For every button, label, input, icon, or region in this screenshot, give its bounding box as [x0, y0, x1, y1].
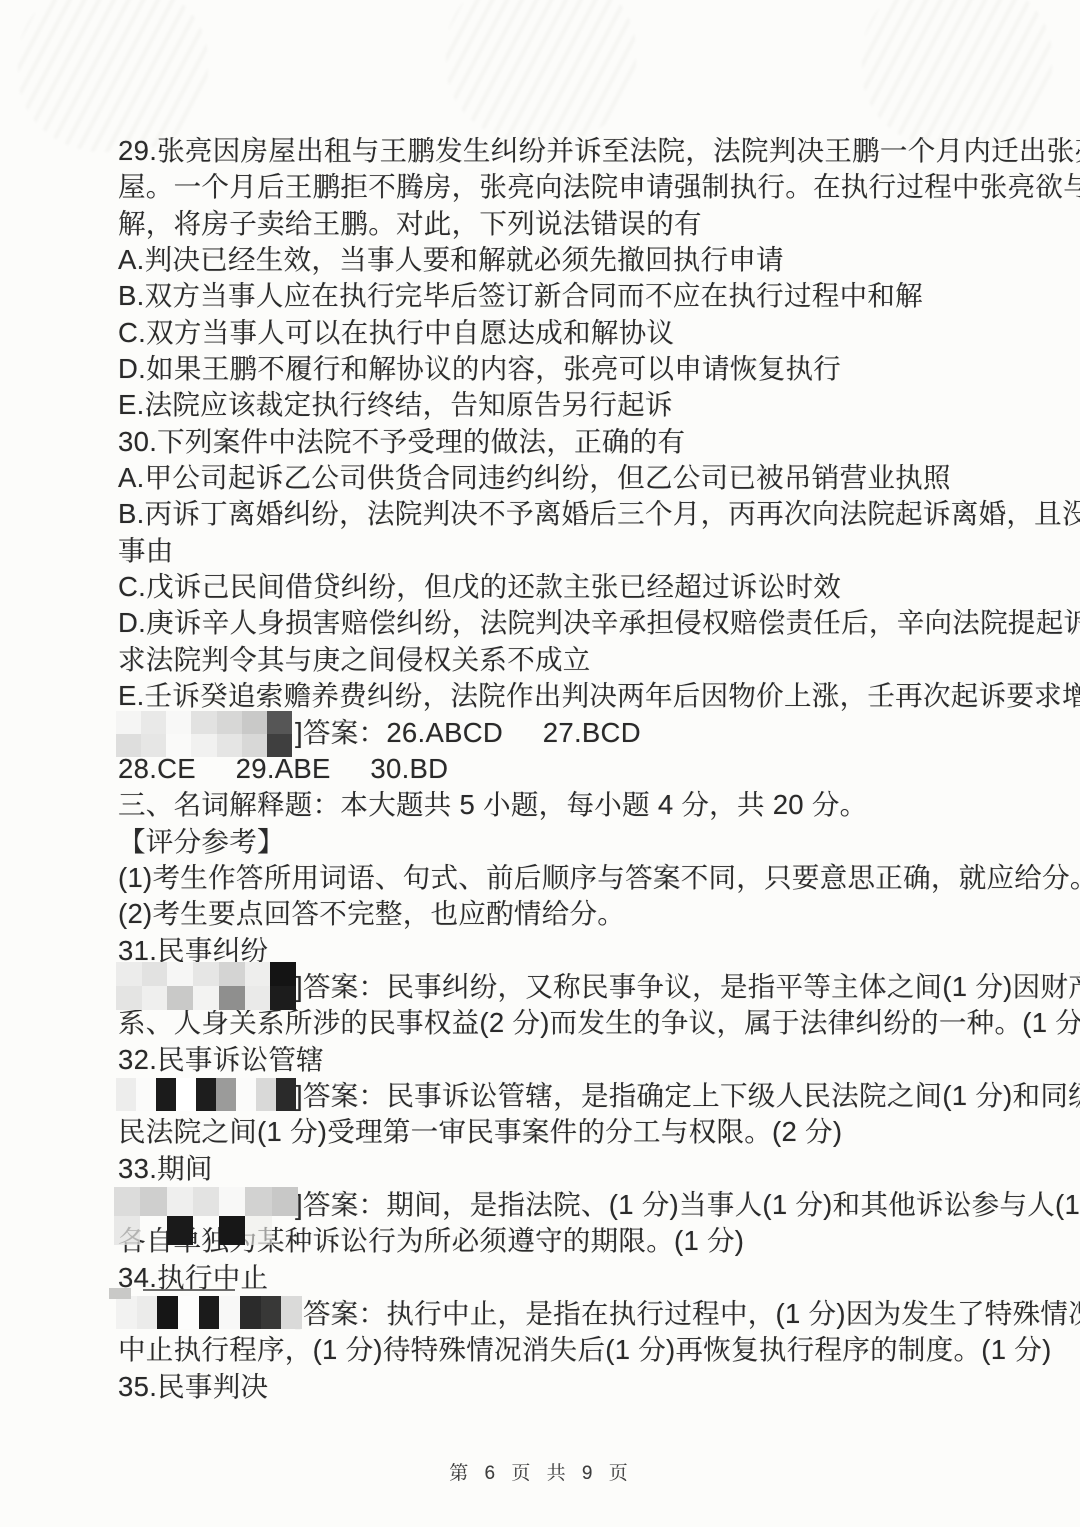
text-line: 民法院之间(1 分)受理第一审民事案件的分工与权限。(2 分)	[118, 1114, 963, 1150]
line-text: 屋。一个月后王鹏拒不腾房，张亮向法院申请强制执行。在执行过程中张亮欲与王鹏和	[118, 171, 1080, 202]
text-line: D.庚诉辛人身损害赔偿纠纷，法院判决辛承担侵权赔偿责任后，辛向法院提起诉讼，请	[118, 605, 963, 641]
text-line: 求法院判令其与庚之间侵权关系不成立	[118, 642, 963, 678]
line-text: D.如果王鹏不履行和解协议的内容，张亮可以申请恢复执行	[118, 353, 841, 384]
text-line: 35.民事判决	[118, 1369, 963, 1405]
text-line: E.法院应该裁定执行终结，告知原告另行起诉	[118, 387, 963, 423]
text-line: 33.期间	[118, 1151, 963, 1187]
text-line: (2)考生要点回答不完整，也应酌情给分。	[118, 896, 963, 932]
text-line: B.双方当事人应在执行完毕后签订新合同而不应在执行过程中和解	[118, 278, 963, 314]
text-line: 【评分参考】	[118, 824, 963, 860]
text-line: 32.民事诉讼管辖	[118, 1042, 963, 1078]
line-text: 求法院判令其与庚之间侵权关系不成立	[118, 644, 591, 675]
line-text: A.判决已经生效，当事人要和解就必须先撤回执行申请	[118, 244, 784, 275]
text-line: 系、人身关系所涉的民事权益(2 分)而发生的争议，属于法律纠纷的一种。(1 分)	[118, 1005, 963, 1041]
redaction-mosaic	[109, 1288, 131, 1299]
redaction-mosaic	[114, 1187, 298, 1245]
line-text: B.双方当事人应在执行完毕后签订新合同而不应在执行过程中和解	[118, 280, 923, 311]
line-text: 系、人身关系所涉的民事权益(2 分)而发生的争议，属于法律纠纷的一种。(1 分)	[118, 1007, 1080, 1038]
watermark	[862, 0, 1052, 148]
text-line: C.双方当事人可以在执行中自愿达成和解协议	[118, 315, 963, 351]
line-text: 32.民事诉讼管辖	[118, 1044, 324, 1075]
line-text: ]答案：期间，是指法院、(1 分)当事人(1 分)和其他诉讼参与人(1 分)	[295, 1189, 1080, 1220]
text-line: (1)考生作答所用词语、句式、前后顺序与答案不同，只要意思正确，就应给分。	[118, 860, 963, 896]
watermark	[18, 0, 208, 152]
line-text: ]答案：民事纠纷，又称民事争议，是指平等主体之间(1 分)因财产关	[295, 971, 1080, 1002]
redaction-mosaic	[116, 962, 296, 1010]
line-text: 28.CE 29.ABE 30.BD	[118, 753, 448, 784]
redaction-mosaic	[116, 1296, 302, 1329]
text-line: 屋。一个月后王鹏拒不腾房，张亮向法院申请强制执行。在执行过程中张亮欲与王鹏和	[118, 169, 963, 205]
line-text: 【评分参考】	[118, 826, 285, 857]
text-line: 解，将房子卖给王鹏。对此，下列说法错误的有	[118, 206, 963, 242]
line-text: (2)考生要点回答不完整，也应酌情给分。	[118, 898, 625, 929]
line-text: A.甲公司起诉乙公司供货合同违约纠纷，但乙公司已被吊销营业执照	[118, 462, 951, 493]
text-line: A.判决已经生效，当事人要和解就必须先撤回执行申请	[118, 242, 963, 278]
line-text: C.双方当事人可以在执行中自愿达成和解协议	[118, 317, 674, 348]
redaction-mosaic	[116, 711, 292, 757]
line-text: 30.下列案件中法院不予受理的做法，正确的有	[118, 426, 685, 457]
line-text: 33.期间	[118, 1153, 213, 1184]
line-text: D.庚诉辛人身损害赔偿纠纷，法院判决辛承担侵权赔偿责任后，辛向法院提起诉讼，请	[118, 607, 1080, 638]
line-text: E.法院应该裁定执行终结，告知原告另行起诉	[118, 389, 673, 420]
text-line: C.戊诉己民间借贷纠纷，但戊的还款主张已经超过诉讼时效	[118, 569, 963, 605]
text-line: 中止执行程序，(1 分)待特殊情况消失后(1 分)再恢复执行程序的制度。(1 分…	[118, 1332, 963, 1368]
line-text: B.丙诉丁离婚纠纷，法院判决不予离婚后三个月，丙再次向法院起诉离婚，且没有新的	[118, 498, 1080, 529]
line-text: 解，将房子卖给王鹏。对此，下列说法错误的有	[118, 208, 702, 239]
line-text: 34.执行中止	[118, 1262, 268, 1293]
page-number: 第 6 页 共 9 页	[0, 1458, 1080, 1485]
line-text: 31.民事纠纷	[118, 935, 268, 966]
text-line: E.壬诉癸追索赡养费纠纷，法院作出判决两年后因物价上涨，壬再次起诉要求增加费用	[118, 678, 963, 714]
text-line: 30.下列案件中法院不予受理的做法，正确的有	[118, 424, 963, 460]
text-line: 三、名词解释题：本大题共 5 小题，每小题 4 分，共 20 分。	[118, 787, 963, 823]
text-line: 34.执行中止	[118, 1260, 963, 1296]
line-text: (1)考生作答所用词语、句式、前后顺序与答案不同，只要意思正确，就应给分。	[118, 862, 1080, 893]
text-line: 事由	[118, 533, 963, 569]
text-line: D.如果王鹏不履行和解协议的内容，张亮可以申请恢复执行	[118, 351, 963, 387]
line-text: ]答案：26.ABCD 27.BCD	[295, 717, 641, 748]
page: 29.张亮因房屋出租与王鹏发生纠纷并诉至法院，法院判决王鹏一个月内迁出张亮的房屋…	[0, 0, 1080, 1527]
text-line: B.丙诉丁离婚纠纷，法院判决不予离婚后三个月，丙再次向法院起诉离婚，且没有新的	[118, 496, 963, 532]
text-line: A.甲公司起诉乙公司供货合同违约纠纷，但乙公司已被吊销营业执照	[118, 460, 963, 496]
line-text: 中止执行程序，(1 分)待特殊情况消失后(1 分)再恢复执行程序的制度。(1 分…	[118, 1334, 1052, 1365]
line-text: ]答案：民事诉讼管辖，是指确定上下级人民法院之间(1 分)和同级人	[295, 1080, 1080, 1111]
line-text: 35.民事判决	[118, 1371, 268, 1402]
line-text: C.戊诉己民间借贷纠纷，但戊的还款主张已经超过诉讼时效	[118, 571, 841, 602]
line-text: 民法院之间(1 分)受理第一审民事案件的分工与权限。(2 分)	[118, 1116, 842, 1147]
line-text: E.壬诉癸追索赡养费纠纷，法院作出判决两年后因物价上涨，壬再次起诉要求增加费用	[118, 680, 1080, 711]
redaction-mosaic	[116, 1078, 296, 1111]
line-text: 三、名词解释题：本大题共 5 小题，每小题 4 分，共 20 分。	[118, 789, 867, 820]
watermark	[446, 0, 636, 142]
line-text: 事由	[118, 535, 174, 566]
scan-artifact-underline	[143, 1289, 235, 1291]
line-text: ]答案：执行中止，是指在执行过程中，(1 分)因为发生了特殊情况而	[295, 1298, 1080, 1329]
